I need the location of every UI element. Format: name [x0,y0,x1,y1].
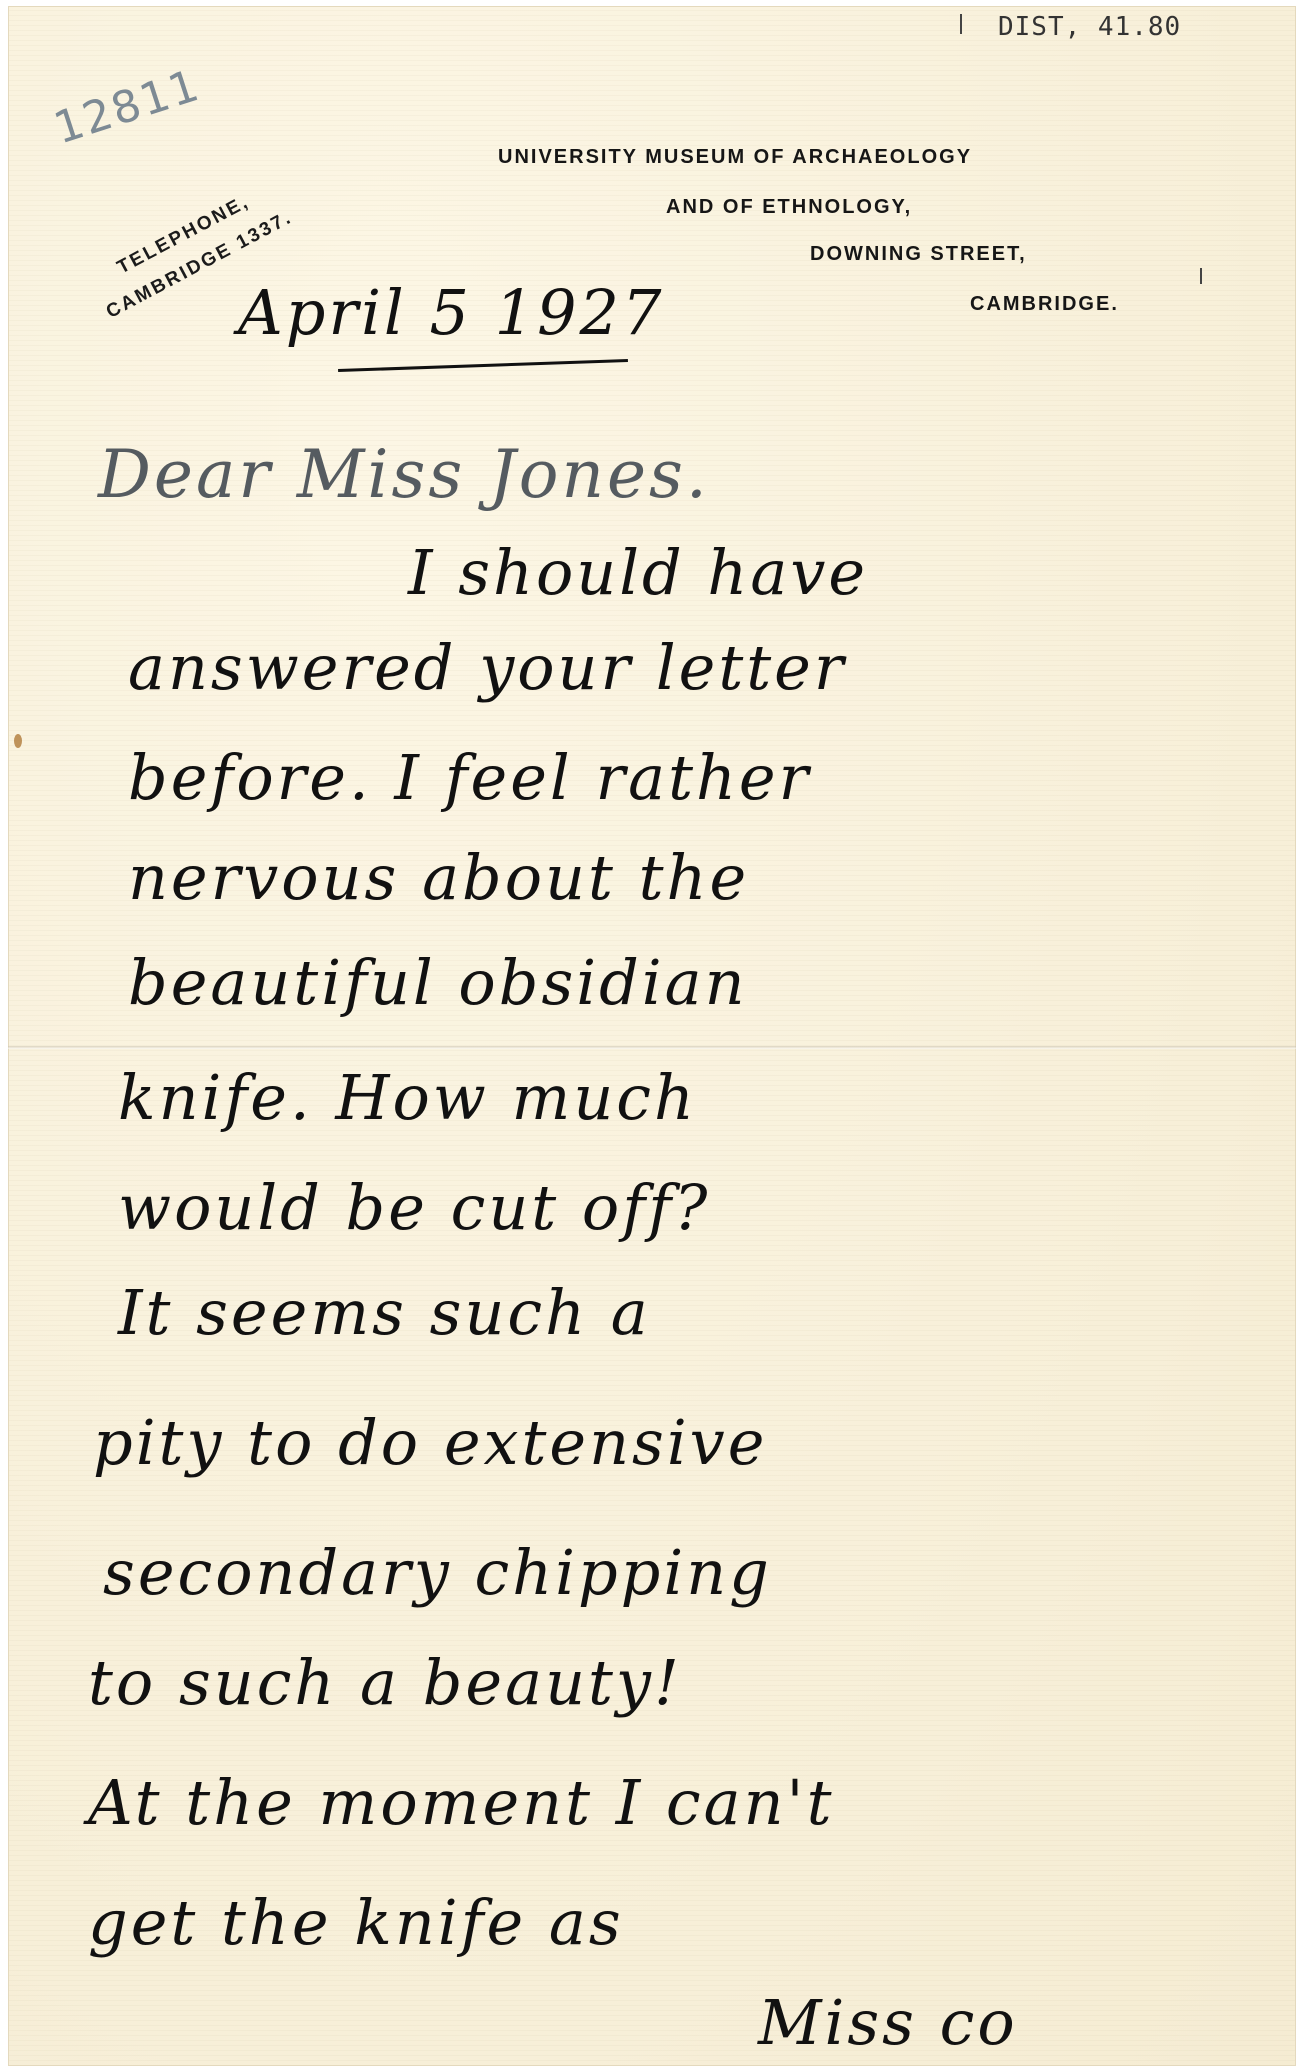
letter-line: nervous about the [128,841,749,914]
letter-line: before. I feel rather [128,741,811,814]
date-underline [338,359,628,372]
letter-line: answered your letter [128,631,847,704]
margin-tick-mark [960,14,962,34]
letterhead-institution-line1: UNIVERSITY MUSEUM OF ARCHAEOLOGY [498,146,972,169]
letter-line: to such a beauty! [88,1646,682,1719]
letter-line: get the knife as [88,1886,624,1959]
archive-number-pencil: 12811 [48,60,206,155]
letterhead-city: CAMBRIDGE. [970,293,1119,316]
distribution-code-stamp: DIST, 41.80 [998,12,1181,42]
rust-stain [14,734,22,748]
letter-date: April 5 1927 [238,276,664,349]
letterhead-institution-line2: AND OF ETHNOLOGY, [666,196,912,219]
letter-line: knife. How much [118,1061,697,1134]
letter-line: pity to do extensive [93,1406,767,1479]
letter-salutation: Dear Miss Jones. [98,436,710,513]
margin-tick-mark [1200,268,1202,284]
letterhead-street: DOWNING STREET, [810,243,1027,266]
letter-line: I should have [408,536,868,609]
paper-fold-crease [8,1046,1296,1049]
letter-page: 12811 DIST, 41.80 TELEPHONE, CAMBRIDGE 1… [8,6,1296,2066]
letter-line: Miss co [758,1986,1018,2059]
letter-line: would be cut off? [118,1171,710,1244]
letter-line: beautiful obsidian [128,946,748,1019]
letter-line: It seems such a [118,1276,651,1349]
letter-line: secondary chipping [103,1536,772,1609]
letter-line: At the moment I can't [88,1766,834,1839]
